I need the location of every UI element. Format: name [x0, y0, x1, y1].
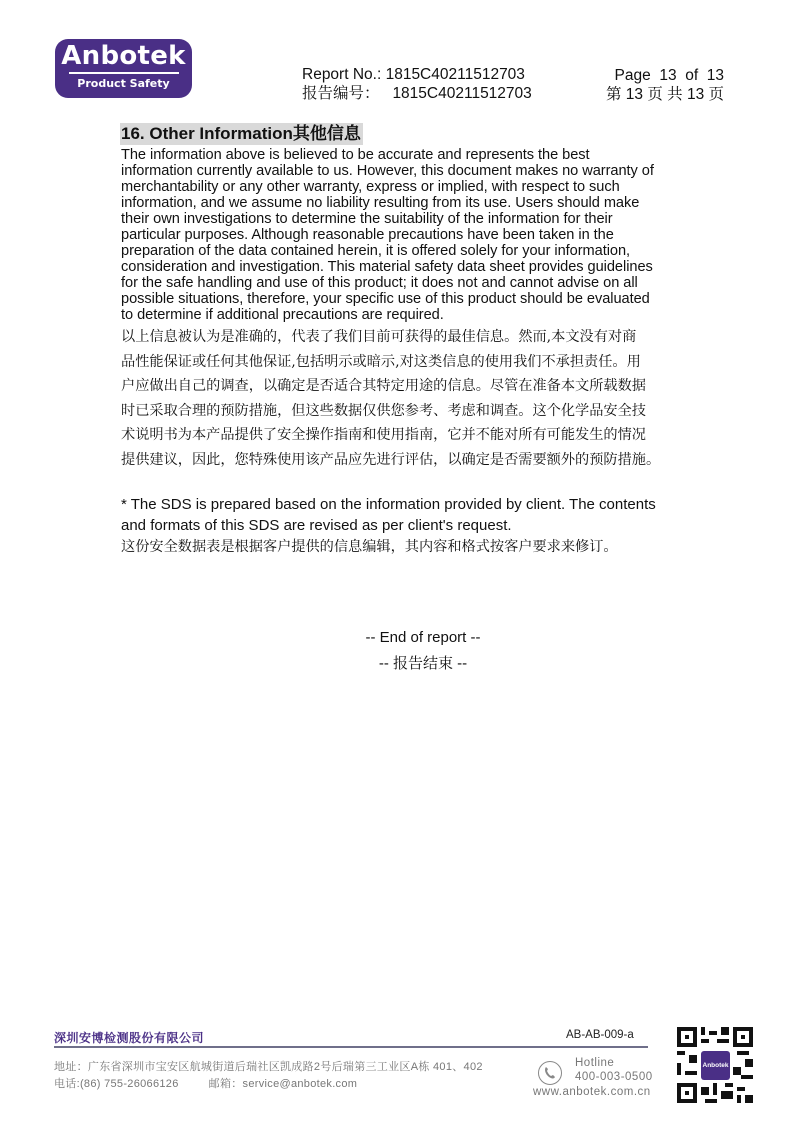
disclaimer-cn-line: 术说明书为本产品提供了安全操作指南和使用指南，它并不能对所有可能发生的情况	[121, 423, 731, 448]
disclaimer-cn-line: 户应做出自己的调查，以确定是否适合其特定用途的信息。尽管在准备本文所载数据	[121, 374, 731, 399]
disclaimer-en: The information above is believed to be …	[121, 147, 731, 323]
phone-handset-icon	[539, 1062, 561, 1084]
end-of-report-cn: -- 报告结束 --	[0, 652, 800, 673]
qr-code: Anbotek	[677, 1027, 753, 1103]
section-other-information: 16. Other Information其他信息 The informatio…	[121, 123, 731, 558]
disclaimer-en-line: possible situations, therefore, your spe…	[121, 291, 731, 307]
disclaimer-cn-line: 品性能保证或任何其他保证,包括明示或暗示,对这类信息的使用我们不承担责任。用	[121, 350, 731, 375]
page-indicator-en: Page 13 of 13	[615, 67, 724, 85]
disclaimer-en-line: their own investigations to determine th…	[121, 211, 731, 227]
disclaimer-en-line: The information above is believed to be …	[121, 147, 731, 163]
footer-phone: 电话:(86) 755-26066126	[54, 1078, 179, 1090]
page-indicator-cn: 第 13 页 共 13 页	[606, 86, 724, 104]
report-number-label-cn: 报告编号：	[302, 85, 380, 102]
disclaimer-cn-line: 提供建议，因此，您特殊使用该产品应先进行评估，以确定是否需要额外的预防措施。	[121, 448, 731, 473]
report-number-value-cn: 1815C40211512703	[392, 85, 531, 102]
sds-note-en-line: * The SDS is prepared based on the infor…	[121, 494, 731, 515]
footer-address: 地址：广东省深圳市宝安区航城街道后瑞社区凯成路2号后瑞第三工业区A栋 401、4…	[54, 1058, 483, 1074]
footer-contact: 电话:(86) 755-26066126邮箱：service@anbotek.c…	[54, 1075, 357, 1091]
disclaimer-en-line: to determine if additional precautions a…	[121, 307, 731, 323]
disclaimer-cn-line: 时已采取合理的预防措施，但这些数据仅供您参考、考虑和调查。这个化学品安全技	[121, 399, 731, 424]
logo-divider	[69, 72, 179, 74]
footer-website: www.anbotek.com.cn	[533, 1086, 651, 1098]
footer-email: 邮箱：service@anbotek.com	[209, 1078, 358, 1090]
disclaimer-en-line: merchantability or any other warranty, e…	[121, 179, 731, 195]
footer-divider	[54, 1046, 648, 1048]
sds-note-en-line: and formats of this SDS are revised as p…	[121, 515, 731, 536]
report-number-en: Report No.: 1815C40211512703	[302, 66, 525, 84]
section-title: 16. Other Information其他信息	[120, 123, 363, 145]
footer-form-code: AB-AB-009-a	[566, 1029, 634, 1041]
disclaimer-cn: 以上信息被认为是准确的，代表了我们目前可获得的最佳信息。然而,本文没有对商 品性…	[121, 325, 731, 473]
sds-note-cn: 这份安全数据表是根据客户提供的信息编辑，其内容和格式按客户要求来修订。	[121, 536, 731, 558]
logo-name: Anbotek	[55, 41, 192, 71]
disclaimer-en-line: particular purposes. Although reasonable…	[121, 227, 731, 243]
anbotek-logo: Anbotek Product Safety	[55, 39, 192, 98]
hotline-number: 400-003-0500	[575, 1071, 653, 1083]
disclaimer-en-line: for the safe handling and use of this pr…	[121, 275, 731, 291]
logo-tagline: Product Safety	[55, 77, 192, 91]
footer-company-name: 深圳安博检测股份有限公司	[54, 1029, 204, 1046]
disclaimer-en-line: preparation of the data contained herein…	[121, 243, 731, 259]
disclaimer-en-line: information, and we assume no liability …	[121, 195, 731, 211]
phone-icon	[538, 1061, 562, 1085]
end-of-report-en: -- End of report --	[0, 629, 800, 646]
disclaimer-en-line: consideration and investigation. This ma…	[121, 259, 731, 275]
report-number-value: 1815C40211512703	[386, 66, 525, 83]
qr-brand-badge: Anbotek	[701, 1051, 730, 1080]
disclaimer-en-line: information currently available to us. H…	[121, 163, 731, 179]
report-number-cn: 报告编号： 1815C40211512703	[302, 85, 532, 103]
report-number-label: Report No.:	[302, 66, 381, 83]
sds-note-en: * The SDS is prepared based on the infor…	[121, 494, 731, 536]
hotline-label: Hotline	[575, 1057, 614, 1069]
disclaimer-cn-line: 以上信息被认为是准确的，代表了我们目前可获得的最佳信息。然而,本文没有对商	[121, 325, 731, 350]
